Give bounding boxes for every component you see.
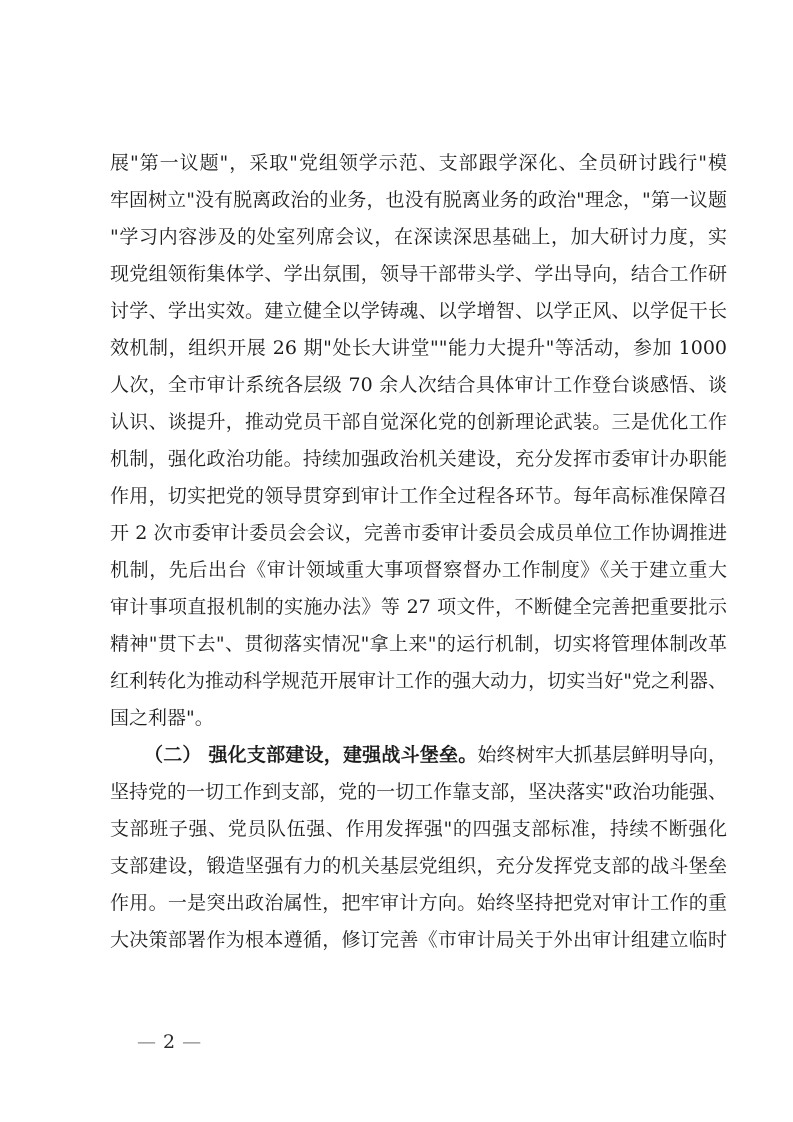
text-segment: 作用，切实把党的领导贯穿到审计工作全过程各环节。每年高标准保障召 <box>110 485 727 507</box>
text-line: 机制，先后出台《审计领域重大事项督察督办工作制度》《关于建立重大 <box>110 552 727 589</box>
text-segment: 支部班子强、党员队伍强、作用发挥强"的四强支部标准，持续不断强化 <box>110 818 727 840</box>
footer-dash-left: — <box>131 1031 163 1053</box>
text-line: 开 2 次市委审计委员会会议，完善市委审计委员会成员单位工作协调推进 <box>110 515 727 552</box>
text-line: 作用，切实把党的领导贯穿到审计工作全过程各环节。每年高标准保障召 <box>110 478 727 515</box>
text-line: 支部班子强、党员队伍强、作用发挥强"的四强支部标准，持续不断强化 <box>110 811 727 848</box>
text-line: （二） 强化支部建设，建强战斗堡垒。始终树牢大抓基层鲜明导向， <box>110 737 727 774</box>
text-line: 审计事项直报机制的实施办法》等 27 项文件，不断健全完善把重要批示 <box>110 589 727 626</box>
text-segment: 国之利器"。 <box>110 707 214 729</box>
text-line: 展"第一议题"，采取"党组领学示范、支部跟学深化、全员研讨践行"模式， <box>110 145 727 182</box>
text-line: 支部建设，锻造坚强有力的机关基层党组织，充分发挥党支部的战斗堡垒 <box>110 848 727 885</box>
document-body: 展"第一议题"，采取"党组领学示范、支部跟学深化、全员研讨践行"模式，牢固树立"… <box>110 145 727 959</box>
text-segment: 机制，先后出台《审计领域重大事项督察督办工作制度》《关于建立重大 <box>110 559 727 581</box>
document-page: 展"第一议题"，采取"党组领学示范、支部跟学深化、全员研讨践行"模式，牢固树立"… <box>0 0 793 1122</box>
text-line: 作用。一是突出政治属性，把牢审计方向。始终坚持把党对审计工作的重 <box>110 885 727 922</box>
text-line: "学习内容涉及的处室列席会议，在深读深思基础上，加大研讨力度，实 <box>110 219 727 256</box>
text-segment: "学习内容涉及的处室列席会议，在深读深思基础上，加大研讨力度，实 <box>110 226 727 248</box>
text-segment: 红利转化为推动科学规范开展审计工作的强大动力，切实当好"党之利器、 <box>110 670 727 692</box>
text-line: 坚持党的一切工作到支部，党的一切工作靠支部，坚决落实"政治功能强、 <box>110 774 727 811</box>
text-line: 认识、谈提升，推动党员干部自觉深化党的创新理论武装。三是优化工作 <box>110 404 727 441</box>
text-segment: 开 2 次市委审计委员会会议，完善市委审计委员会成员单位工作协调推进 <box>110 522 727 544</box>
text-segment: 坚持党的一切工作到支部，党的一切工作靠支部，坚决落实"政治功能强、 <box>110 781 727 803</box>
text-segment: 始终树牢大抓基层鲜明导向， <box>477 744 727 766</box>
section-heading-emphasis: （二） 强化支部建设，建强战斗堡垒。 <box>144 744 477 766</box>
text-line: 精神"贯下去"、贯彻落实情况"拿上来"的运行机制，切实将管理体制改革 <box>110 626 727 663</box>
text-segment: 作用。一是突出政治属性，把牢审计方向。始终坚持把党对审计工作的重 <box>110 892 727 914</box>
text-segment: 机制，强化政治功能。持续加强政治机关建设，充分发挥市委审计办职能 <box>110 448 727 470</box>
text-segment: 展"第一议题"，采取"党组领学示范、支部跟学深化、全员研讨践行"模式， <box>110 152 727 182</box>
footer-dash-right: — <box>176 1031 208 1053</box>
text-segment: 牢固树立"没有脱离政治的业务，也没有脱离业务的政治"理念，"第一议题 <box>110 189 727 211</box>
text-line: 红利转化为推动科学规范开展审计工作的强大动力，切实当好"党之利器、 <box>110 663 727 700</box>
text-segment: 效机制，组织开展 26 期"处长大讲堂""能力大提升"等活动，参加 1000 余 <box>110 337 727 367</box>
text-line: 讨学、学出实效。建立健全以学铸魂、以学增智、以学正风、以学促干长 <box>110 293 727 330</box>
text-segment: 现党组领衔集体学、学出氛围，领导干部带头学、学出导向，结合工作研 <box>110 263 727 285</box>
text-line: 人次，全市审计系统各层级 70 余人次结合具体审计工作登台谈感悟、谈 <box>110 367 727 404</box>
text-segment: 支部建设，锻造坚强有力的机关基层党组织，充分发挥党支部的战斗堡垒 <box>110 855 727 877</box>
text-line: 机制，强化政治功能。持续加强政治机关建设，充分发挥市委审计办职能 <box>110 441 727 478</box>
text-line: 国之利器"。 <box>110 700 727 737</box>
page-footer: —2— <box>131 1030 208 1054</box>
text-line: 现党组领衔集体学、学出氛围，领导干部带头学、学出导向，结合工作研 <box>110 256 727 293</box>
text-segment: 认识、谈提升，推动党员干部自觉深化党的创新理论武装。三是优化工作 <box>110 411 727 433</box>
text-line: 牢固树立"没有脱离政治的业务，也没有脱离业务的政治"理念，"第一议题 <box>110 182 727 219</box>
text-line: 效机制，组织开展 26 期"处长大讲堂""能力大提升"等活动，参加 1000 余 <box>110 330 727 367</box>
text-segment: 大决策部署作为根本遵循，修订完善《市审计局关于外出审计组建立临时 <box>110 929 727 951</box>
page-number: 2 <box>163 1031 176 1053</box>
text-segment: 精神"贯下去"、贯彻落实情况"拿上来"的运行机制，切实将管理体制改革 <box>110 633 727 655</box>
text-segment: 审计事项直报机制的实施办法》等 27 项文件，不断健全完善把重要批示 <box>110 596 727 618</box>
text-segment: 人次，全市审计系统各层级 70 余人次结合具体审计工作登台谈感悟、谈 <box>110 374 727 396</box>
text-segment: 讨学、学出实效。建立健全以学铸魂、以学增智、以学正风、以学促干长 <box>110 300 727 322</box>
text-line: 大决策部署作为根本遵循，修订完善《市审计局关于外出审计组建立临时 <box>110 922 727 959</box>
